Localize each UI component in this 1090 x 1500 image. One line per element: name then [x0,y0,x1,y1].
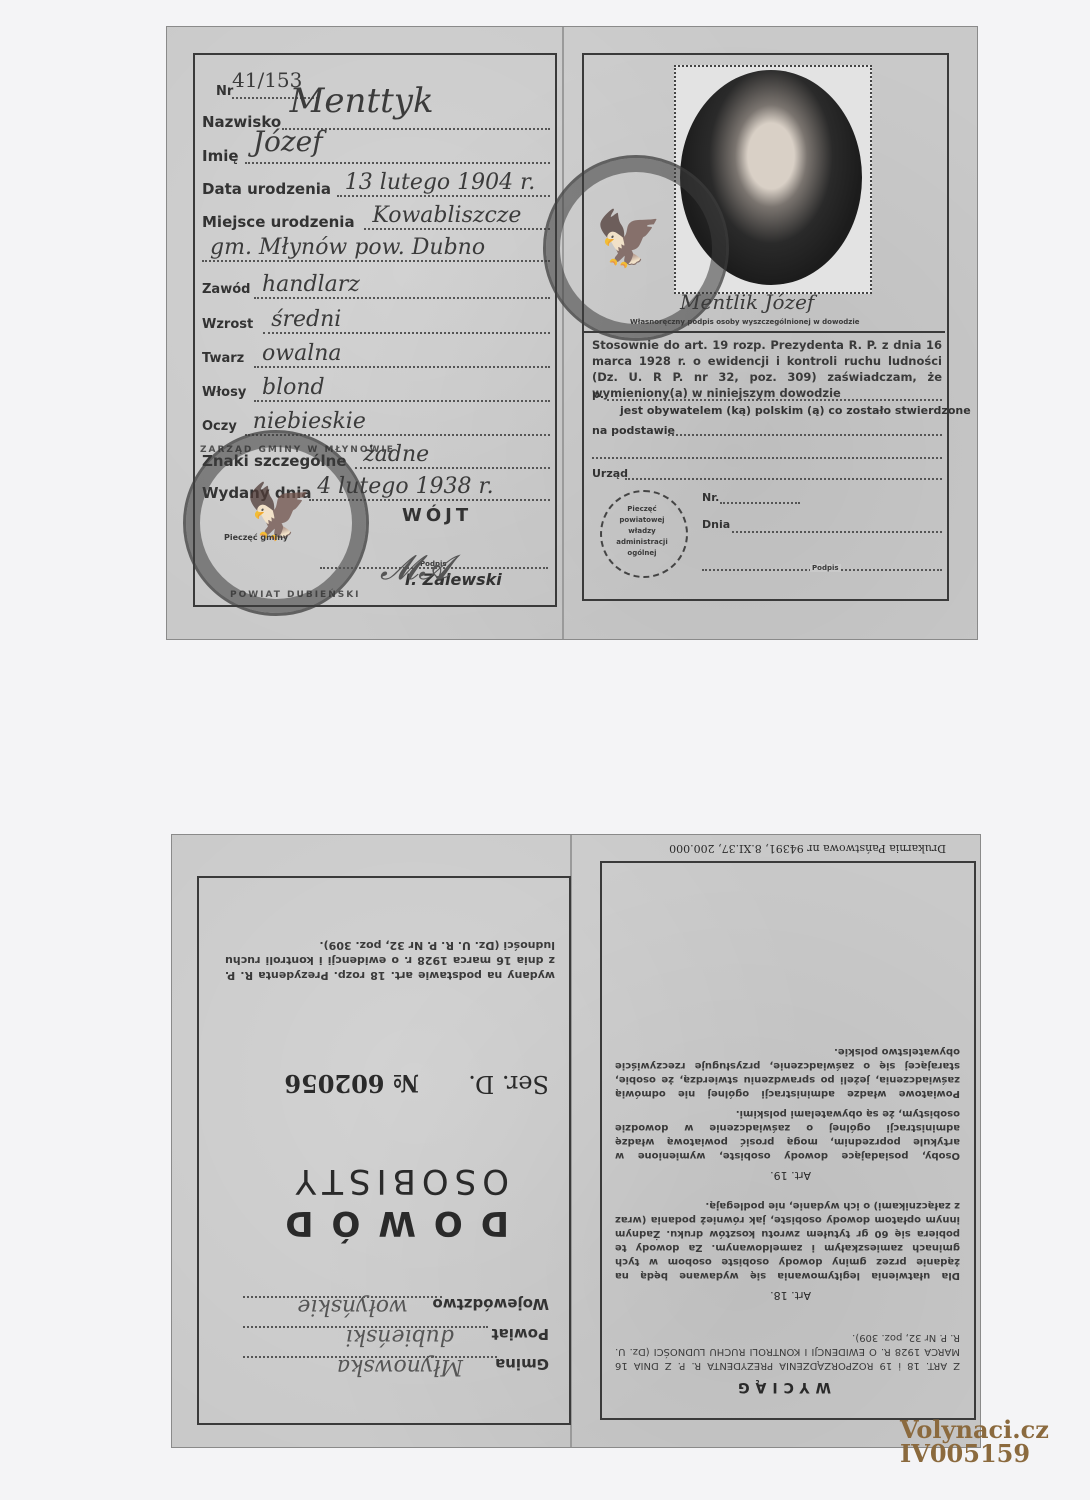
field-label: Twarz [202,351,244,366]
field-line [245,162,550,164]
issued-text: wydany na podstawie art. 18 rozp. Prezyd… [225,938,555,983]
number-label: Nr [216,84,233,99]
citizen-text: jest obywatelem (ką) polskim (ą) co zost… [620,404,971,417]
stamp-text-bottom: POWIAT DUBIEŃSKI [230,590,361,600]
title-line1: DOWÓD [267,1203,509,1243]
stamp-label: Pieczęć gminy [224,533,288,542]
office-label: Urząd [592,467,628,480]
seal-text-line: Pieczęć [600,504,684,515]
date-line [732,531,942,533]
field-value: blond [262,375,325,400]
field-label: Wzrost [202,317,253,332]
field-label: Oczy [202,419,237,434]
cover-field-value: Młynowska [337,1354,463,1379]
field-label: Miejsce urodzenia [202,213,355,231]
art18-text: Dla ułatwienia legitymowania się wydawan… [615,1198,960,1282]
official-signature-label: Podpis [810,564,841,572]
field-label: Imię [202,147,239,165]
watermark: Volynaci.cz IV005159 [900,1418,1049,1466]
field-value: średni [271,307,341,332]
field-line [254,366,550,368]
basis-line [668,434,942,436]
cover-field-label: Województwo [432,1295,549,1313]
field-label: Zawód [202,282,250,297]
seal-text-line: powiatowej [600,515,684,526]
office-title: WÓJT [402,505,472,526]
cover-field-label: Powiat [491,1325,549,1343]
eagle-emblem-icon: 🦅 [245,485,312,539]
excerpt-heading: WYCIĄG [732,1379,831,1395]
cover-field-label: Gmina [495,1355,549,1373]
cover-page: wydany na podstawie art. 18 rozp. Prezyd… [197,876,571,1425]
field-value: Józef [253,125,323,158]
p-line [607,399,942,401]
photo-caption: Własnoręczny podpis osoby wyszczególnion… [630,318,860,326]
basis-label: na podstawie [592,424,675,437]
nr-label: Nr. [702,491,719,504]
watermark-id: IV005159 [900,1442,1049,1466]
seal-text-line: władzy [600,526,684,537]
field-label: Włosy [202,385,246,400]
eagle-emblem-icon: 🦅 [595,212,662,266]
date-label: Dnia [702,518,730,531]
field-line [202,260,550,262]
field-line [254,297,550,299]
cover-field-value: dubieński [346,1324,454,1349]
field-value: 13 lutego 1904 r. [345,170,535,195]
field-value: owalna [262,341,342,366]
field-line [337,195,550,197]
art19-text-2: Powiatowe władze administracji ogólnej n… [615,1044,960,1100]
art19-text-1: Osoby, posiadające dowody osobiste, wymi… [615,1106,960,1162]
title-line2: OSOBISTY [289,1161,509,1201]
series: Ser. D. [468,1070,549,1098]
field-label: Data urodzenia [202,180,331,198]
p-label: p. [592,388,604,401]
field-line [364,228,550,230]
seal-text-line: ogólnej [600,548,684,559]
field-value: handlarz [262,272,360,297]
stamp-text-top: ZARZĄD GMINY W MŁYNOWIE [200,445,395,455]
seal-text-line: administracji [600,537,684,548]
printer-note: Drukarnia Państwowa nr 94391, 8.XI.37, 2… [669,842,946,855]
field-value: Kowabliszcze [372,203,521,228]
photo-signature: Mentlik Józef [680,290,814,314]
art19-title: Art. 19. [770,1169,811,1182]
cover-field-value: wołyńskie [297,1294,407,1319]
art18-title: Art. 18. [770,1289,811,1302]
certification-text: Stosownie do art. 19 rozp. Prezydenta R.… [592,337,942,401]
field-value: gm. Młynów pow. Dubno [210,235,485,260]
basis-line-2 [592,457,942,459]
serial-number: № 602056 [284,1069,419,1098]
field-line [355,467,550,469]
divider [584,331,945,333]
excerpt-subheading: Z ART. 18 i 19 ROZPORZĄDZENIA PREZYDENTA… [615,1330,960,1372]
field-line [254,400,550,402]
field-value: Menttyk [290,81,434,121]
field-line [263,332,550,334]
nr-line [720,502,800,504]
office-line [625,478,942,480]
fold-line [562,27,564,639]
excerpt-page: Drukarnia Państwowa nr 94391, 8.XI.37, 2… [592,818,976,1420]
signature-scribble: 𝓜𝓐 [380,548,451,588]
